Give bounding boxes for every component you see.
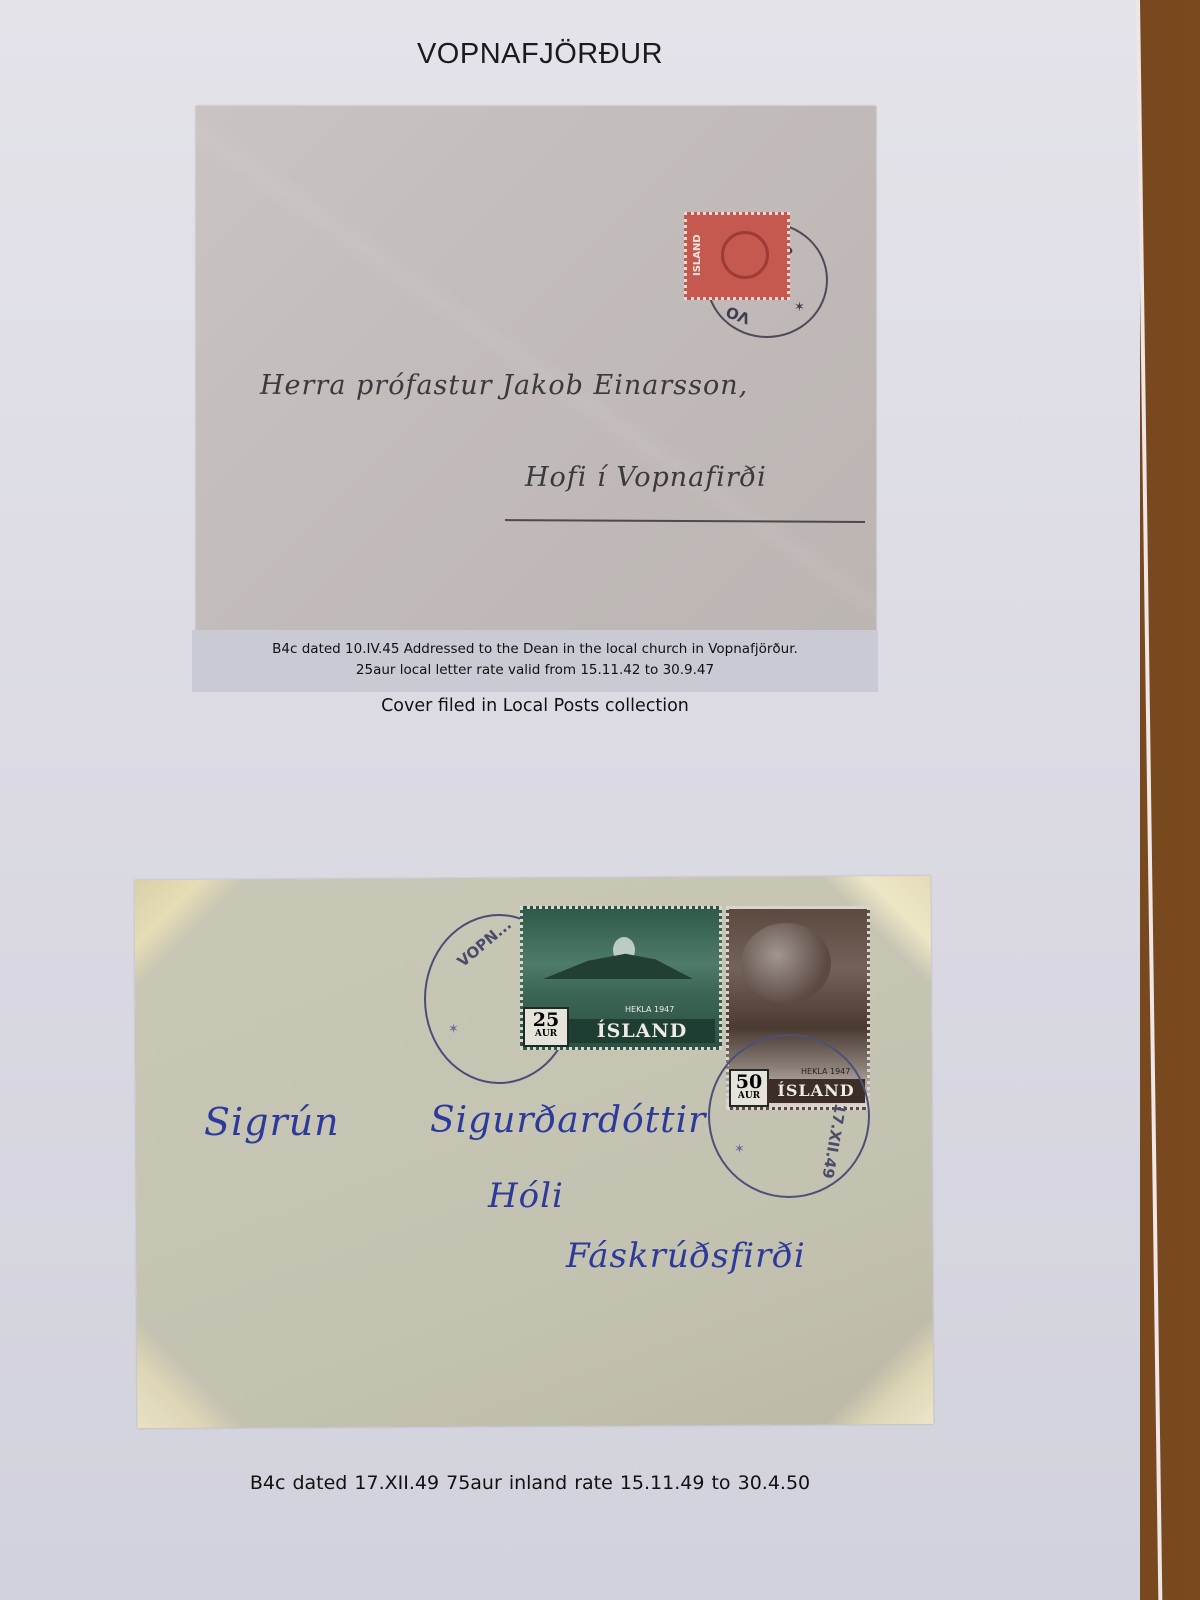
stamp-hekla-25aur: HEKLA 1947 25 AUR ÍSLAND xyxy=(520,906,722,1050)
cover-envelope-1 xyxy=(196,106,876,632)
stamp-country-label: ÍSLAND xyxy=(569,1019,715,1043)
cover-1-caption: B4c dated 10.IV.45 Addressed to the Dean… xyxy=(192,630,878,692)
postmark-star-icon: ✶ xyxy=(734,1142,745,1157)
postmark-circle-3: 17.XII.49 ✶ xyxy=(708,1034,870,1198)
eruption-cloud-icon xyxy=(741,923,831,1003)
postmark-star-icon: ✶ xyxy=(794,300,805,315)
postmark-star-icon: ✶ xyxy=(448,1022,459,1037)
postmark-text: VOPN... xyxy=(454,915,515,970)
address-line-2: Sigurðardóttir xyxy=(430,1100,706,1141)
stamp-country-label: ISLAND xyxy=(691,221,705,289)
postmark-text: VO xyxy=(724,302,753,327)
address-line-3: Hóli xyxy=(488,1176,564,1216)
stamp-unit: AUR xyxy=(525,1030,567,1039)
stamp-inscription: HEKLA 1947 xyxy=(625,1005,674,1014)
cover-2-caption: B4c dated 17.XII.49 75aur inland rate 15… xyxy=(180,1472,880,1494)
postmark-date: 17.XII.49 xyxy=(818,1102,849,1180)
caption-line-2: 25aur local letter rate valid from 15.11… xyxy=(192,660,878,681)
photo-corner-top-left xyxy=(135,880,246,991)
stamp-red-25aur: ISLAND xyxy=(684,212,790,300)
address-line-2: Hofi í Vopnafirði xyxy=(525,462,767,493)
photo-corner-bottom-left xyxy=(137,1318,248,1429)
envelope-fold-shading xyxy=(196,106,876,632)
stamp-value-box: 25 AUR xyxy=(523,1007,569,1047)
caption-line-1: B4c dated 10.IV.45 Addressed to the Dean… xyxy=(192,639,878,660)
photo-corner-bottom-right xyxy=(823,1314,934,1425)
page-title: VOPNAFJÖRÐUR xyxy=(380,38,700,71)
cover-1-note: Cover filed in Local Posts collection xyxy=(300,696,770,716)
address-line-4: Fáskrúðsfirði xyxy=(566,1236,806,1276)
mountain-icon xyxy=(543,951,693,979)
address-line-1: Sigrún xyxy=(204,1100,340,1144)
address-line-1: Herra prófastur Jakob Einarsson, xyxy=(260,370,748,401)
stamp-motif-icon xyxy=(721,231,769,279)
stamp-value: 25 xyxy=(525,1009,567,1030)
